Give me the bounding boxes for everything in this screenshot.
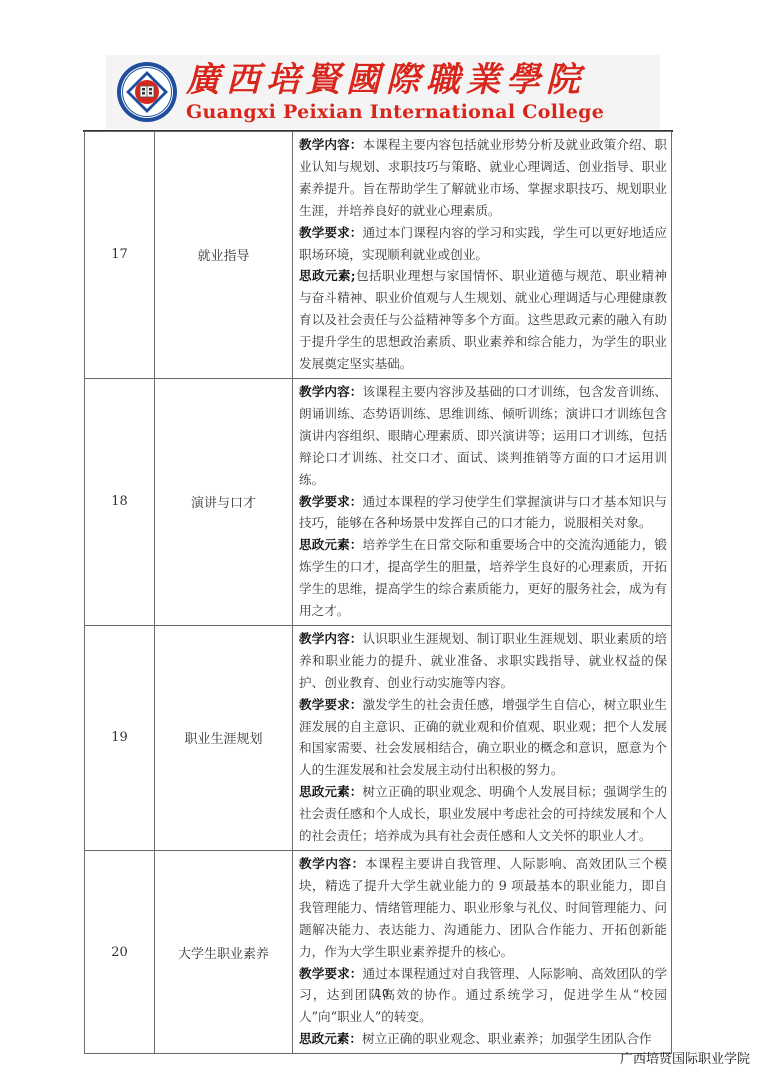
ideological-elements: 思政元素;包括职业理想与家国情怀、职业道德与规范、职业精神与奋斗精神、职业价值观… bbox=[299, 265, 667, 375]
teaching-requirements: 教学要求：通过本课程的学习使学生们掌握演讲与口才基本知识与技巧，能够在各种场景中… bbox=[299, 491, 667, 535]
section-label: 教学内容： bbox=[299, 137, 362, 152]
course-name: 大学生职业素养 bbox=[155, 851, 293, 1054]
course-number: 18 bbox=[85, 378, 155, 625]
teaching-requirements: 教学要求：通过本门课程内容的学习和实践，学生可以更好地适应职场环境，实现顺利就业… bbox=[299, 222, 667, 266]
letterhead-banner: 廣西培賢國際職業學院 Guangxi Peixian International… bbox=[106, 55, 660, 129]
course-description: 教学内容：本课程主要讲自我管理、人际影响、高效团队三个模块，精选了提升大学生就业… bbox=[293, 851, 672, 1054]
letterhead-text: 廣西培賢國際職業學院 Guangxi Peixian International… bbox=[186, 61, 604, 123]
course-description: 教学内容：认识职业生涯规划、制订职业生涯规划、职业素质的培养和职业能力的提升、就… bbox=[293, 625, 672, 850]
course-description: 教学内容：该课程主要内容涉及基础的口才训练，包含发音训练、朗诵训练、态势语训练、… bbox=[293, 378, 672, 625]
course-number: 19 bbox=[85, 625, 155, 850]
section-text: 树立正确的职业观念、职业素养；加强学生团队合作 bbox=[362, 1031, 652, 1046]
college-emblem-icon bbox=[116, 61, 178, 123]
section-label: 思政元素： bbox=[299, 1031, 362, 1046]
section-label: 教学要求： bbox=[299, 494, 362, 509]
footer-school-name: 广西培贤国际职业学院 bbox=[620, 1048, 750, 1067]
section-text: 该课程主要内容涉及基础的口才训练，包含发音训练、朗诵训练、态势语训练、思维训练、… bbox=[299, 384, 667, 487]
section-label: 思政元素： bbox=[299, 537, 362, 552]
table-row: 17 就业指导 教学内容：本课程主要内容包括就业形势分析及就业政策介绍、职业认知… bbox=[85, 132, 672, 379]
teaching-requirements: 教学要求：激发学生的社会责任感，增强学生自信心，树立职业生涯发展的自主意识、正确… bbox=[299, 694, 667, 782]
school-name-chinese: 廣西培賢國際職業學院 bbox=[186, 61, 604, 99]
table-row: 20 大学生职业素养 教学内容：本课程主要讲自我管理、人际影响、高效团队三个模块… bbox=[85, 851, 672, 1054]
teaching-content: 教学内容：本课程主要讲自我管理、人际影响、高效团队三个模块，精选了提升大学生就业… bbox=[299, 853, 667, 963]
section-label: 教学内容： bbox=[299, 856, 365, 871]
section-label: 教学要求： bbox=[299, 225, 362, 240]
section-label: 教学要求： bbox=[299, 697, 362, 712]
school-name-english: Guangxi Peixian International College bbox=[186, 101, 604, 123]
course-number: 17 bbox=[85, 132, 155, 379]
section-label: 教学要求： bbox=[299, 966, 362, 981]
teaching-content: 教学内容：认识职业生涯规划、制订职业生涯规划、职业素质的培养和职业能力的提升、就… bbox=[299, 628, 667, 694]
table-row: 18 演讲与口才 教学内容：该课程主要内容涉及基础的口才训练，包含发音训练、朗诵… bbox=[85, 378, 672, 625]
course-name: 演讲与口才 bbox=[155, 378, 293, 625]
table-row: 19 职业生涯规划 教学内容：认识职业生涯规划、制订职业生涯规划、职业素质的培养… bbox=[85, 625, 672, 850]
ideological-elements: 思政元素：树立正确的职业观念、明确个人发展目标；强调学生的社会责任感和个人成长，… bbox=[299, 781, 667, 847]
section-text: 本课程主要讲自我管理、人际影响、高效团队三个模块，精选了提升大学生就业能力的 9… bbox=[299, 856, 667, 959]
section-label: 思政元素; bbox=[299, 268, 356, 283]
ideological-elements: 思政元素：树立正确的职业观念、职业素养；加强学生团队合作 bbox=[299, 1028, 667, 1050]
course-description: 教学内容：本课程主要内容包括就业形势分析及就业政策介绍、职业认知与规划、求职技巧… bbox=[293, 132, 672, 379]
course-name: 职业生涯规划 bbox=[155, 625, 293, 850]
section-text: 包括职业理想与家国情怀、职业道德与规范、职业精神与奋斗精神、职业价值观与人生规划… bbox=[299, 268, 667, 371]
teaching-content: 教学内容：该课程主要内容涉及基础的口才训练，包含发音训练、朗诵训练、态势语训练、… bbox=[299, 381, 667, 491]
course-name: 就业指导 bbox=[155, 132, 293, 379]
section-label: 教学内容： bbox=[299, 384, 362, 399]
ideological-elements: 思政元素：培养学生在日常交际和重要场合中的交流沟通能力，锻炼学生的口才，提高学生… bbox=[299, 534, 667, 622]
section-label: 思政元素： bbox=[299, 784, 362, 799]
teaching-content: 教学内容：本课程主要内容包括就业形势分析及就业政策介绍、职业认知与规划、求职技巧… bbox=[299, 134, 667, 222]
section-label: 教学内容： bbox=[299, 631, 362, 646]
course-table: 17 就业指导 教学内容：本课程主要内容包括就业形势分析及就业政策介绍、职业认知… bbox=[84, 131, 672, 1054]
course-number: 20 bbox=[85, 851, 155, 1054]
page-number: 10 bbox=[0, 987, 764, 1000]
